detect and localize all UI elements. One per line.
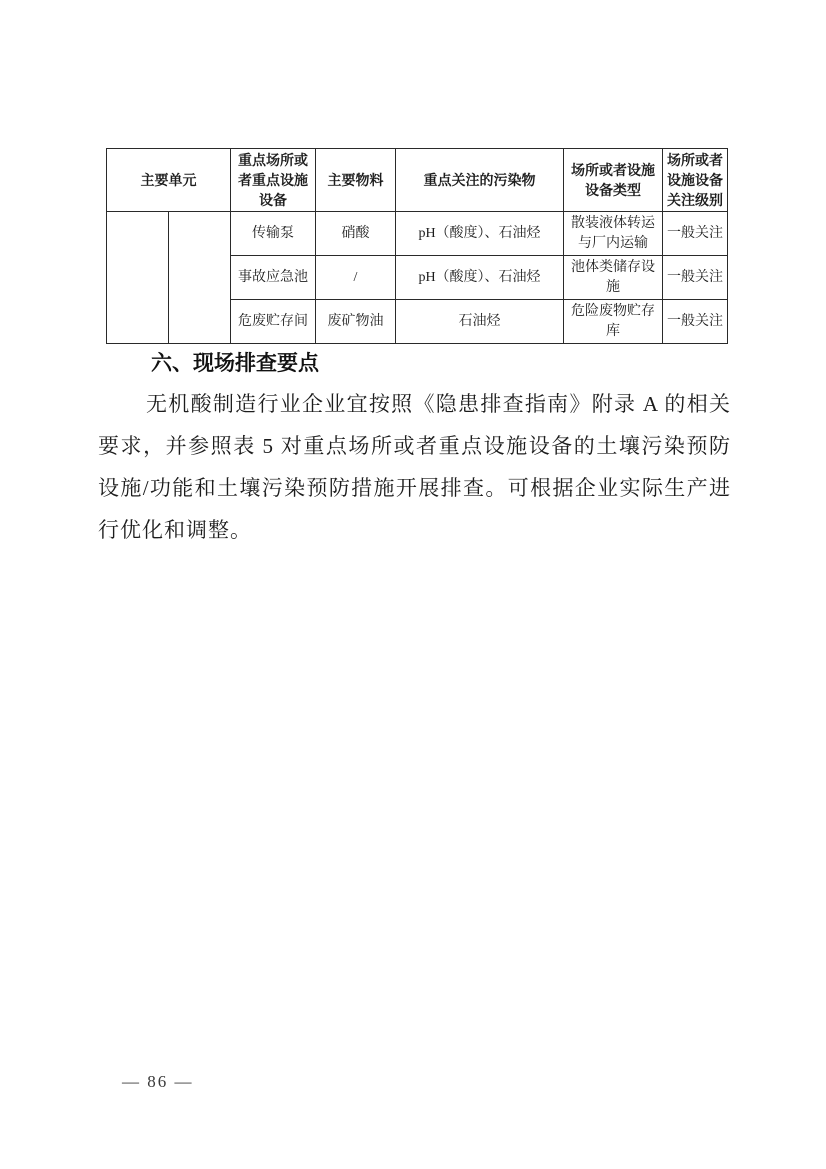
header-key-pollutants: 重点关注的污染物: [396, 149, 564, 212]
material-cell: 废矿物油: [316, 300, 396, 344]
header-facility-type: 场所或者设施设备类型: [564, 149, 663, 212]
document-page: 主要单元 重点场所或者重点设施设备 主要物料 重点关注的污染物 场所或者设施设备…: [0, 0, 826, 1169]
facility-cell: 传输泵: [231, 212, 316, 256]
header-key-facility: 重点场所或者重点设施设备: [231, 149, 316, 212]
table-row: 传输泵 硝酸 pH（酸度）、石油烃 散装液体转运与厂内运输 一般关注: [107, 212, 728, 256]
key-facility-table: 主要单元 重点场所或者重点设施设备 主要物料 重点关注的污染物 场所或者设施设备…: [106, 148, 728, 344]
header-attention-level: 场所或者设施设备关注级别: [663, 149, 728, 212]
empty-unit-cell-left: [107, 212, 169, 344]
page-number: — 86 —: [122, 1072, 194, 1092]
type-cell: 池体类储存设施: [564, 256, 663, 300]
facility-cell: 危废贮存间: [231, 300, 316, 344]
pollutants-cell: pH（酸度）、石油烃: [396, 212, 564, 256]
level-cell: 一般关注: [663, 212, 728, 256]
pollutants-cell: pH（酸度）、石油烃: [396, 256, 564, 300]
section-heading: 六、现场排查要点: [151, 350, 319, 378]
header-main-material: 主要物料: [316, 149, 396, 212]
type-cell: 危险废物贮存库: [564, 300, 663, 344]
header-main-unit: 主要单元: [107, 149, 231, 212]
type-cell: 散装液体转运与厂内运输: [564, 212, 663, 256]
empty-unit-cell-right: [169, 212, 231, 344]
level-cell: 一般关注: [663, 256, 728, 300]
body-paragraph: 无机酸制造行业企业宜按照《隐患排查指南》附录 A 的相关要求，并参照表 5 对重…: [98, 383, 731, 551]
material-cell: 硝酸: [316, 212, 396, 256]
table-header-row: 主要单元 重点场所或者重点设施设备 主要物料 重点关注的污染物 场所或者设施设备…: [107, 149, 728, 212]
material-cell: /: [316, 256, 396, 300]
level-cell: 一般关注: [663, 300, 728, 344]
facility-cell: 事故应急池: [231, 256, 316, 300]
pollutants-cell: 石油烃: [396, 300, 564, 344]
